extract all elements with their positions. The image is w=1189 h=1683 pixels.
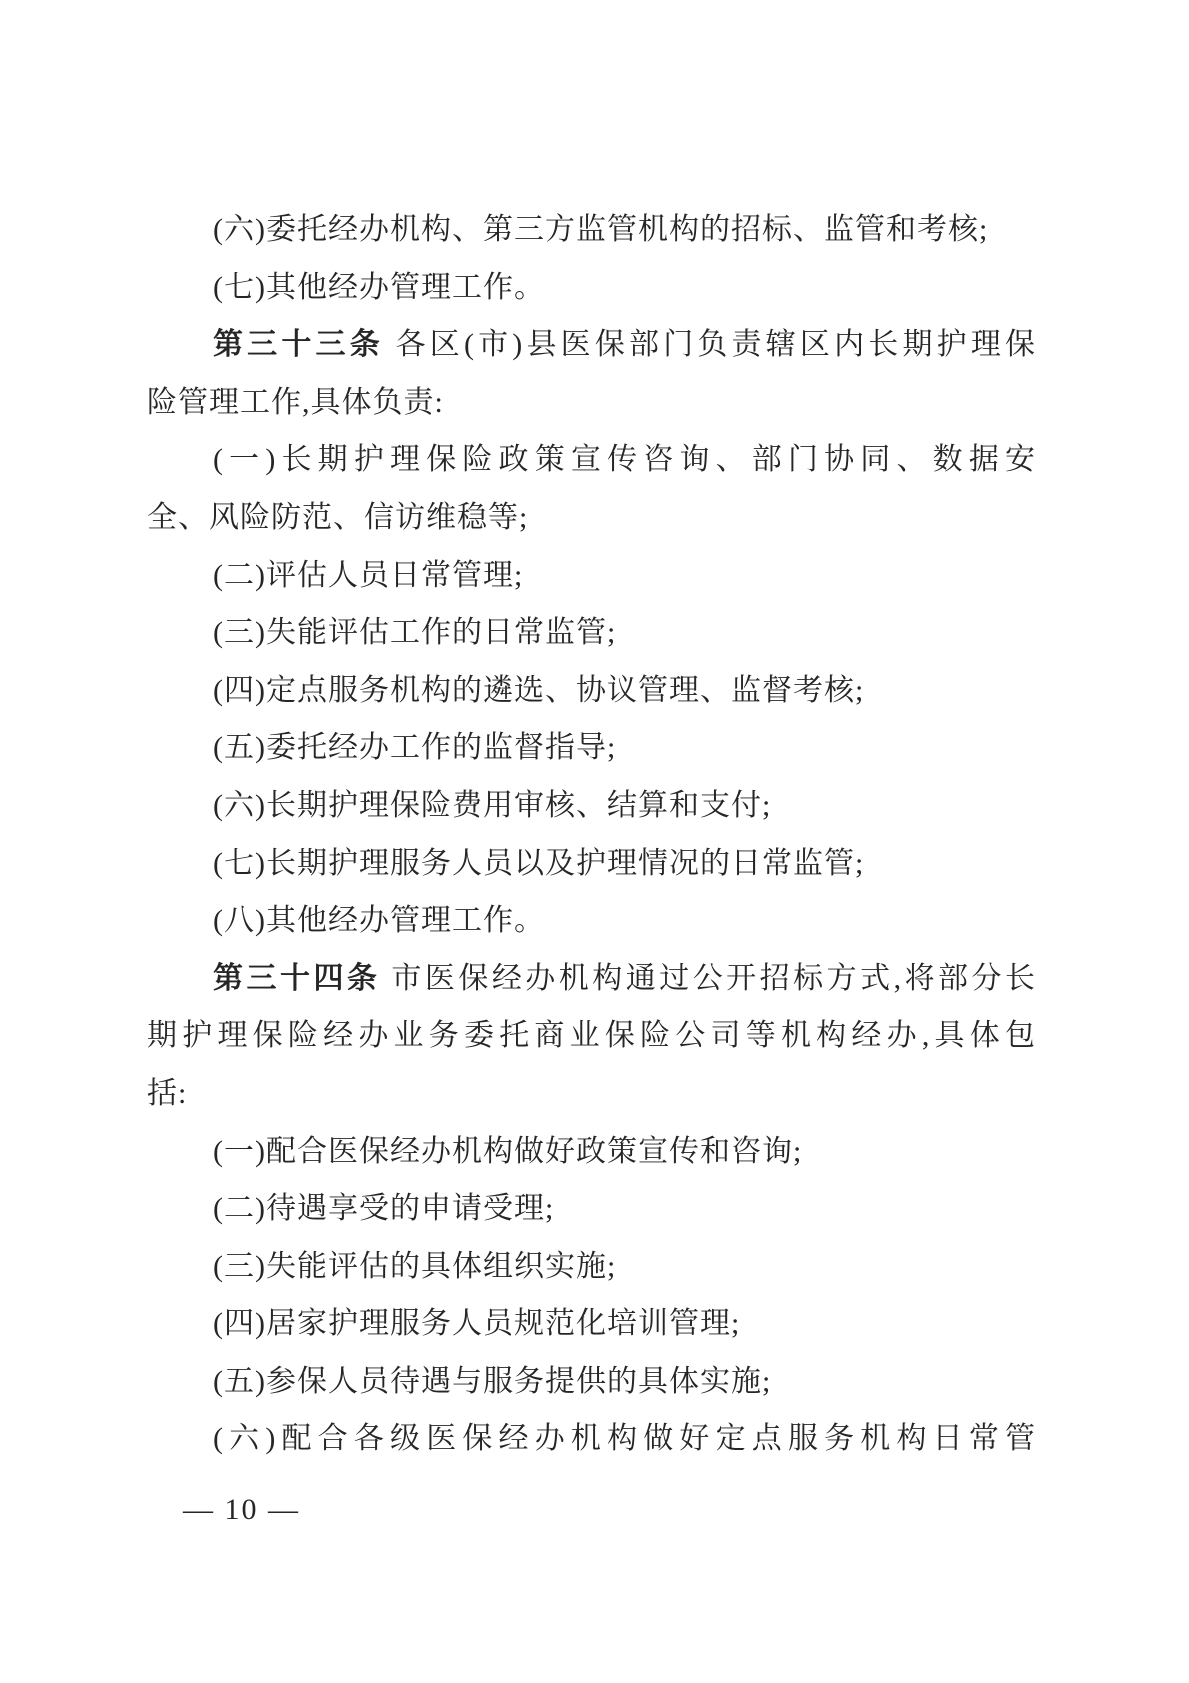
line-text: (四)居家护理服务人员规范化培训管理; [213, 1307, 740, 1340]
line-text: (七)长期护理服务人员以及护理情况的日常监管; [213, 847, 864, 880]
line-text: (一)长期护理保险政策宣传咨询、部门协同、数据安 [213, 443, 1035, 476]
text-line: (一)长期护理保险政策宣传咨询、部门协同、数据安 [147, 431, 1035, 489]
text-line: (一)配合医保经办机构做好政策宣传和咨询; [147, 1123, 1035, 1181]
text-line-article-33: 第三十三条 各区(市)县医保部门负责辖区内长期护理保 [147, 316, 1035, 374]
document-page: (六)委托经办机构、第三方监管机构的招标、监管和考核; (七)其他经办管理工作。… [0, 0, 1189, 1683]
text-line: (四)定点服务机构的遴选、协议管理、监督考核; [147, 662, 1035, 720]
line-text: (七)其他经办管理工作。 [213, 271, 545, 304]
line-text: 期护理保险经办业务委托商业保险公司等机构经办,具体包 [147, 1019, 1035, 1052]
text-line: (七)长期护理服务人员以及护理情况的日常监管; [147, 835, 1035, 893]
text-line: 全、风险防范、信访维稳等; [147, 489, 1035, 547]
line-text: (六)长期护理保险费用审核、结算和支付; [213, 789, 771, 822]
line-text: (五)委托经办工作的监督指导; [213, 731, 616, 764]
text-line: (七)其他经办管理工作。 [147, 259, 1035, 317]
line-text: (四)定点服务机构的遴选、协议管理、监督考核; [213, 674, 864, 707]
text-line: (六)配合各级医保经办机构做好定点服务机构日常管 [147, 1410, 1035, 1468]
text-line: (二)待遇享受的申请受理; [147, 1180, 1035, 1238]
line-text: (八)其他经办管理工作。 [213, 904, 545, 937]
page-footer: — 10 — [183, 1488, 300, 1532]
line-text: (六)委托经办机构、第三方监管机构的招标、监管和考核; [213, 213, 988, 246]
line-text: (一)配合医保经办机构做好政策宣传和咨询; [213, 1135, 802, 1168]
page-number-label: — 10 — [183, 1493, 300, 1526]
text-line: (三)失能评估工作的日常监管; [147, 604, 1035, 662]
text-line: (八)其他经办管理工作。 [147, 892, 1035, 950]
article-number: 第三十四条 [213, 962, 380, 995]
text-line: 险管理工作,具体负责: [147, 374, 1035, 432]
text-line-article-34: 第三十四条 市医保经办机构通过公开招标方式,将部分长 [147, 950, 1035, 1008]
text-line: (六)委托经办机构、第三方监管机构的招标、监管和考核; [147, 201, 1035, 259]
line-text: 市医保经办机构通过公开招标方式,将部分长 [380, 962, 1035, 995]
line-text: (三)失能评估的具体组织实施; [213, 1250, 616, 1283]
line-text: (五)参保人员待遇与服务提供的具体实施; [213, 1365, 771, 1398]
line-text: 括: [147, 1077, 187, 1110]
line-text: (二)评估人员日常管理; [213, 559, 523, 592]
text-line: (二)评估人员日常管理; [147, 547, 1035, 605]
text-line: (五)委托经办工作的监督指导; [147, 719, 1035, 777]
text-line: (五)参保人员待遇与服务提供的具体实施; [147, 1353, 1035, 1411]
text-line: 括: [147, 1065, 1035, 1123]
text-line: (三)失能评估的具体组织实施; [147, 1238, 1035, 1296]
line-text: 各区(市)县医保部门负责辖区内长期护理保 [384, 328, 1035, 361]
line-text: (三)失能评估工作的日常监管; [213, 616, 616, 649]
article-number: 第三十三条 [213, 328, 384, 361]
text-line: 期护理保险经办业务委托商业保险公司等机构经办,具体包 [147, 1007, 1035, 1065]
line-text: 险管理工作,具体负责: [147, 386, 444, 419]
line-text: (六)配合各级医保经办机构做好定点服务机构日常管 [213, 1422, 1035, 1455]
text-line: (六)长期护理保险费用审核、结算和支付; [147, 777, 1035, 835]
line-text: (二)待遇享受的申请受理; [213, 1192, 554, 1225]
line-text: 全、风险防范、信访维稳等; [147, 501, 528, 534]
document-body: (六)委托经办机构、第三方监管机构的招标、监管和考核; (七)其他经办管理工作。… [147, 201, 1035, 1468]
text-line: (四)居家护理服务人员规范化培训管理; [147, 1295, 1035, 1353]
